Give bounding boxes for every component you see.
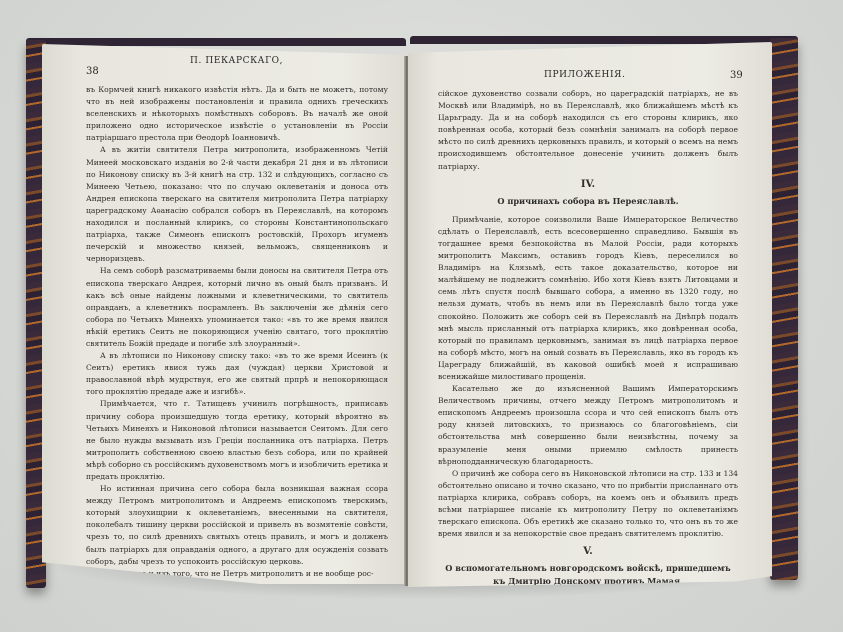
paragraph: А въ лѣтописи по Никонову списку тако: «…	[86, 350, 388, 398]
paragraph: сійское духовенство созвали соборъ, но ц…	[438, 88, 738, 173]
book-cover-edge-right-top	[410, 36, 798, 44]
paragraph: А въ житіи святителя Петра митрополита, …	[86, 144, 388, 265]
right-page: ПРИЛОЖЕНІЯ. 39 сійское духовенство созва…	[408, 42, 772, 587]
paragraph: О причинѣ же собора сего въ Никоновской …	[438, 468, 738, 541]
right-page-body: сійское духовенство созвали соборъ, но ц…	[438, 88, 738, 619]
section-title: О причинахъ собора въ Переяславлѣ.	[438, 195, 738, 208]
paragraph: На семъ соборѣ разсматриваемы были донос…	[86, 265, 388, 350]
right-page-number: 39	[730, 70, 743, 81]
paragraph: Примѣчаніе, которое соизволили Ваше Импе…	[438, 214, 738, 383]
right-running-head: ПРИЛОЖЕНІЯ.	[544, 70, 625, 80]
paragraph: Примѣчается, что г. Татищевъ учинилъ пог…	[86, 398, 388, 483]
section-number: IV.	[438, 179, 738, 191]
paragraph: Касательно же до изъясненной Вашимъ Импе…	[438, 383, 738, 468]
left-page: П. ПЕКАРСКАГО, 38 въ Кормчей книгѣ никак…	[42, 44, 406, 584]
paragraph: въ Кормчей книгѣ никакого извѣстія нѣтъ.…	[86, 84, 388, 144]
paragraph: Но истинная причина сего собора была воз…	[86, 483, 388, 568]
book-cover-right-marbled-edge	[770, 38, 798, 580]
left-page-body: въ Кормчей книгѣ никакого извѣстія нѣтъ.…	[86, 84, 388, 580]
left-running-head: П. ПЕКАРСКАГО,	[190, 56, 283, 66]
book-cover-edge-left-top	[26, 38, 406, 46]
section-number: V.	[438, 546, 738, 558]
left-page-number: 38	[86, 66, 99, 77]
